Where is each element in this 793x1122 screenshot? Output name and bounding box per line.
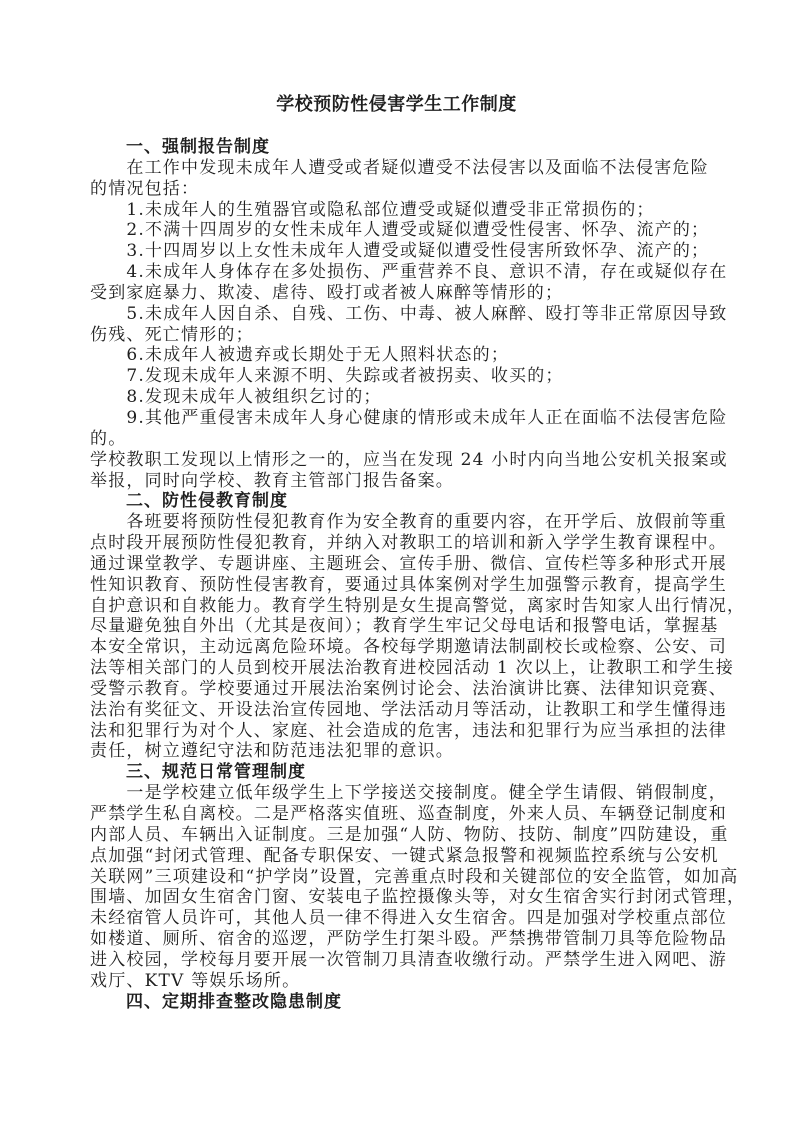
paragraph-line: 法等相关部门的人员到校开展法治教育进校园活动 1 次以上，让教职工和学生接: [90, 658, 708, 679]
paragraph-line: 严禁学生私自离校。二是严格落实值班、巡查制度，外来人员、车辆登记制度和: [90, 804, 708, 825]
section-heading: 一、强制报告制度: [90, 137, 708, 158]
paragraph-line: 一是学校建立低年级学生上下学接送交接制度。健全学生请假、销假制度，: [90, 783, 708, 804]
document-body: 一、强制报告制度 在工作中发现未成年人遭受或者疑似遭受不法侵害以及面临不法侵害危…: [90, 137, 708, 1012]
paragraph-line: 的情况包括：: [90, 179, 708, 200]
paragraph-line: 自护意识和自救能力。教育学生特别是女生提高警觉，离家时告知家人出行情况，: [90, 596, 708, 617]
paragraph-line: 进入校园，学校每月要开展一次管制刀具清查收缴行动。严禁学生进入网吧、游: [90, 950, 708, 971]
paragraph-line: 4.未成年人身体存在多处损伤、严重营养不良、意识不清，存在或疑似存在: [90, 262, 708, 283]
paragraph-line: 7.发现未成年人来源不明、失踪或者被拐卖、收买的；: [90, 366, 708, 387]
paragraph-line: 性知识教育、预防性侵害教育，要通过具体案例对学生加强警示教育，提高学生: [90, 575, 708, 596]
paragraph-line: 6.未成年人被遗弃或长期处于无人照料状态的；: [90, 345, 708, 366]
paragraph-line: 在工作中发现未成年人遭受或者疑似遭受不法侵害以及面临不法侵害危险: [90, 158, 708, 179]
paragraph-line: 本安全常识，主动远离危险环境。各校每学期邀请法制副校长或检察、公安、司: [90, 637, 708, 658]
paragraph-line: 学校教职工发现以上情形之一的，应当在发现 24 小时内向当地公安机关报案或: [90, 450, 708, 471]
paragraph-line: 各班要将预防性侵犯教育作为安全教育的重要内容，在开学后、放假前等重: [90, 512, 708, 533]
paragraph-line: 伤残、死亡情形的；: [90, 325, 708, 346]
paragraph-line: 2.不满十四周岁的女性未成年人遭受或疑似遭受性侵害、怀孕、流产的；: [90, 220, 708, 241]
paragraph-line: 9.其他严重侵害未成年人身心健康的情形或未成年人正在面临不法侵害危险: [90, 408, 708, 429]
paragraph-line: 受到家庭暴力、欺凌、虐待、殴打或者被人麻醉等情形的；: [90, 283, 708, 304]
paragraph-line: 法治有奖征文、开设法治宣传园地、学法活动月等活动，让教职工和学生懂得违: [90, 700, 708, 721]
section-heading: 二、防性侵教育制度: [90, 491, 708, 512]
paragraph-line: 围墙、加固女生宿舍门窗、安装电子监控摄像头等，对女生宿舍实行封闭式管理，: [90, 887, 708, 908]
paragraph-line: 尽量避免独自外出（尤其是夜间）；教育学生牢记父母电话和报警电话，掌握基: [90, 616, 708, 637]
document-title: 学校预防性侵害学生工作制度: [0, 94, 793, 116]
document-page: 学校预防性侵害学生工作制度 一、强制报告制度 在工作中发现未成年人遭受或者疑似遭…: [0, 0, 793, 1122]
paragraph-line: 举报，同时向学校、教育主管部门报告备案。: [90, 471, 708, 492]
paragraph-line: 点加强“封闭式管理、配备专职保安、一键式紧急报警和视频监控系统与公安机: [90, 846, 708, 867]
paragraph-line: 通过课堂教学、专题讲座、主题班会、宣传手册、微信、宣传栏等多种形式开展: [90, 554, 708, 575]
paragraph-line: 责任，树立遵纪守法和防范违法犯罪的意识。: [90, 741, 708, 762]
paragraph-line: 的。: [90, 429, 708, 450]
section-heading: 三、规范日常管理制度: [90, 762, 708, 783]
paragraph-line: 8.发现未成年人被组织乞讨的；: [90, 387, 708, 408]
paragraph-line: 如楼道、厕所、宿舍的巡逻，严防学生打架斗殴。严禁携带管制刀具等危险物品: [90, 929, 708, 950]
paragraph-line: 法和犯罪行为对个人、家庭、社会造成的危害，违法和犯罪行为应当承担的法律: [90, 721, 708, 742]
paragraph-line: 戏厅、KTV 等娱乐场所。: [90, 971, 708, 992]
paragraph-line: 关联网”三项建设和“护学岗”设置，完善重点时段和关键部位的安全监管，如加高: [90, 867, 708, 888]
paragraph-line: 5.未成年人因自杀、自残、工伤、中毒、被人麻醉、殴打等非正常原因导致: [90, 304, 708, 325]
paragraph-line: 3.十四周岁以上女性未成年人遭受或疑似遭受性侵害所致怀孕、流产的；: [90, 241, 708, 262]
paragraph-line: 未经宿管人员许可，其他人员一律不得进入女生宿舍。四是加强对学校重点部位: [90, 908, 708, 929]
paragraph-line: 1.未成年人的生殖器官或隐私部位遭受或疑似遭受非正常损伤的；: [90, 200, 708, 221]
section-heading: 四、定期排查整改隐患制度: [90, 992, 708, 1013]
paragraph-line: 点时段开展预防性侵犯教育，并纳入对教职工的培训和新入学学生教育课程中。: [90, 533, 708, 554]
paragraph-line: 受警示教育。学校要通过开展法治案例讨论会、法治演讲比赛、法律知识竞赛、: [90, 679, 708, 700]
paragraph-line: 内部人员、车辆出入证制度。三是加强“人防、物防、技防、制度”四防建设，重: [90, 825, 708, 846]
